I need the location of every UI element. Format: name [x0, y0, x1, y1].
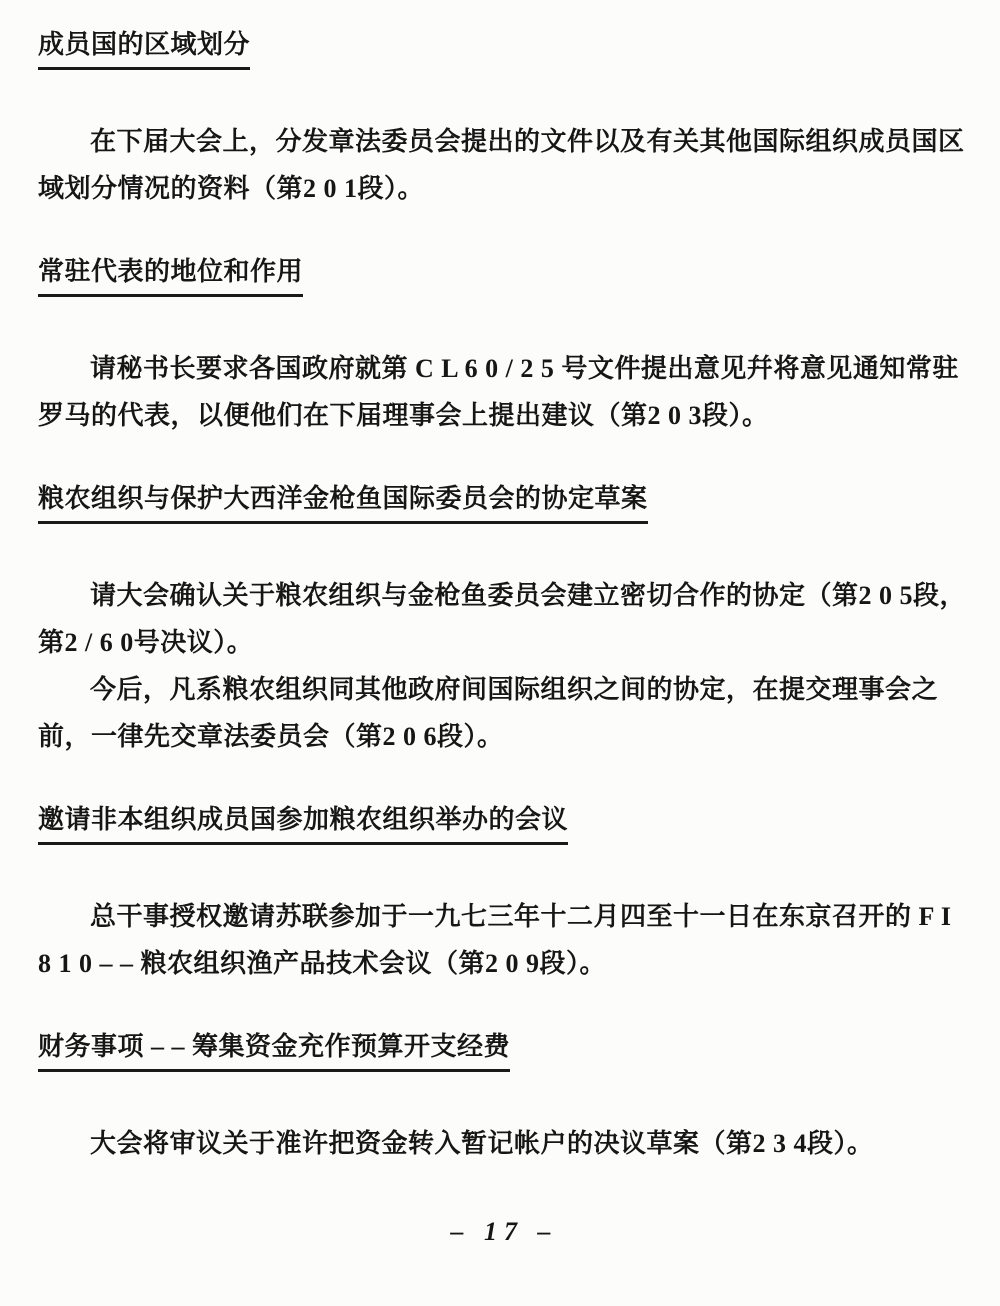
section-heading-text: 财务事项 – – 筹集资金充作预算开支经费: [38, 1029, 510, 1072]
document-section: 邀请非本组织成员国参加粮农组织举办的会议总干事授权邀请苏联参加于一九七三年十二月…: [38, 802, 970, 987]
document-page: 成员国的区域划分在下届大会上，分发章法委员会提出的文件以及有关其他国际组织成员国…: [0, 0, 1000, 1306]
document-section: 常驻代表的地位和作用请秘书长要求各国政府就第 C L 6 0 / 2 5 号文件…: [38, 254, 970, 439]
section-heading: 成员国的区域划分: [38, 27, 970, 70]
section-heading-text: 邀请非本组织成员国参加粮农组织举办的会议: [38, 802, 568, 845]
paragraph: 请秘书长要求各国政府就第 C L 6 0 / 2 5 号文件提出意见幷将意见通知…: [38, 345, 970, 439]
paragraph: 在下届大会上，分发章法委员会提出的文件以及有关其他国际组织成员国区域划分情况的资…: [38, 118, 970, 212]
document-section: 成员国的区域划分在下届大会上，分发章法委员会提出的文件以及有关其他国际组织成员国…: [38, 27, 970, 212]
page-number: – 17 –: [38, 1217, 970, 1247]
document-section: 粮农组织与保护大西洋金枪鱼国际委员会的协定草案请大会确认关于粮农组织与金枪鱼委员…: [38, 481, 970, 760]
section-heading-text: 粮农组织与保护大西洋金枪鱼国际委员会的协定草案: [38, 481, 648, 524]
section-heading: 常驻代表的地位和作用: [38, 254, 970, 297]
document-body: 成员国的区域划分在下届大会上，分发章法委员会提出的文件以及有关其他国际组织成员国…: [38, 27, 970, 1167]
section-heading-text: 成员国的区域划分: [38, 27, 250, 70]
paragraph: 请大会确认关于粮农组织与金枪鱼委员会建立密切合作的协定（第2 0 5段，第2 /…: [38, 572, 970, 666]
paragraph: 今后，凡系粮农组织同其他政府间国际组织之间的协定，在提交理事会之前，一律先交章法…: [38, 666, 970, 760]
paragraph: 总干事授权邀请苏联参加于一九七三年十二月四至十一日在东京召开的 F I 8 1 …: [38, 893, 970, 987]
section-heading: 粮农组织与保护大西洋金枪鱼国际委员会的协定草案: [38, 481, 970, 524]
paragraph: 大会将审议关于准许把资金转入暂记帐户的决议草案（第2 3 4段）。: [38, 1120, 970, 1167]
document-section: 财务事项 – – 筹集资金充作预算开支经费大会将审议关于准许把资金转入暂记帐户的…: [38, 1029, 970, 1167]
section-heading: 邀请非本组织成员国参加粮农组织举办的会议: [38, 802, 970, 845]
section-heading-text: 常驻代表的地位和作用: [38, 254, 303, 297]
section-heading: 财务事项 – – 筹集资金充作预算开支经费: [38, 1029, 970, 1072]
